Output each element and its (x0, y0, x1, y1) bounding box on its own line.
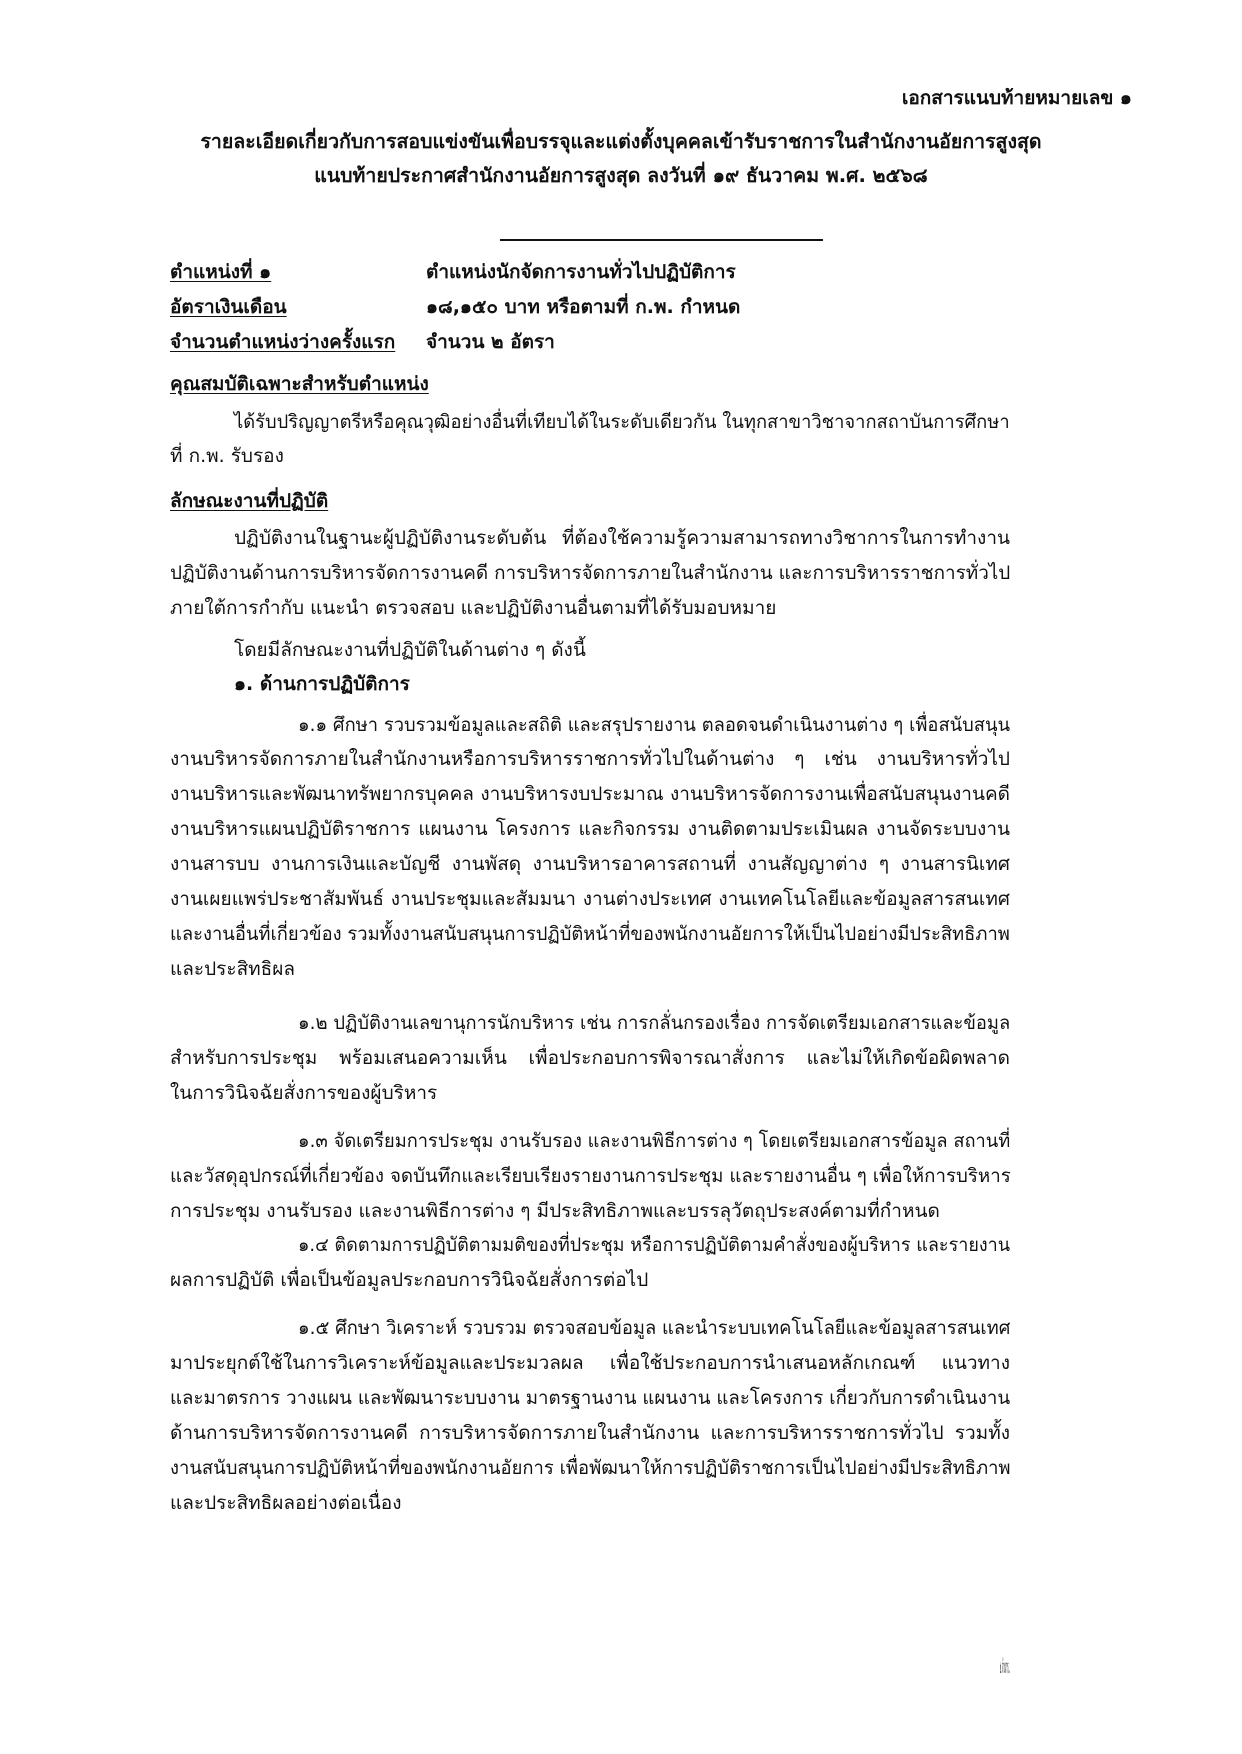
document-title-line1: รายละเอียดเกี่ยวกับการสอบแข่งขันเพื่อบรร… (0, 128, 1242, 156)
item-1-4-line-2: ผลการปฏิบัติ เพื่อเป็นข้อมูลประกอบการวิน… (170, 1266, 648, 1294)
item-1-5-line-2: มาประยุกต์ใช้ในการวิเคราะห์ข้อมูลและประม… (170, 1349, 1010, 1377)
item-1-3-line-2: และวัสดุอุปกรณ์ที่เกี่ยวข้อง จดบันทึกและ… (170, 1162, 997, 1190)
item-1-3-line-3: การประชุม งานรับรอง และงานพิธีการต่าง ๆ … (170, 1197, 940, 1225)
item-1-5-line-6: และประสิทธิผลอย่างต่อเนื่อง (170, 1489, 401, 1517)
salary-value: ๑๘,๑๕๐ บาท หรือตามที่ ก.พ. กำหนด (426, 293, 740, 321)
document-title-line2: แนบท้ายประกาศสำนักงานอัยการสูงสุด ลงวันท… (0, 162, 1242, 190)
qualifications-heading: คุณสมบัติเฉพาะสำหรับตำแหน่ง (170, 370, 429, 398)
position-label: ตำแหน่งที่ ๑ (170, 258, 271, 286)
item-1-5-line-1: ๑.๕ ศึกษา วิเคราะห์ รวบรวม ตรวจสอบข้อมูล… (298, 1314, 985, 1342)
section-1-title: ๑. ด้านการปฏิบัติการ (234, 670, 410, 698)
qualifications-line-1: ได้รับปริญญาตรีหรือคุณวุฒิอย่างอื่นที่เท… (234, 408, 983, 436)
item-1-5-line-4: ด้านการบริหารจัดการงานคดี การบริหารจัดกา… (170, 1419, 1010, 1447)
job-nature-intro-line-3: ภายใต้การกำกับ แนะนำ ตรวจสอบ และปฏิบัติง… (170, 594, 776, 622)
item-1-1-line-2: งานบริหารจัดการภายในสำนักงานหรือการบริหา… (170, 745, 1010, 773)
item-1-2-line-3: ในการวินิจฉัยสั่งการของผู้บริหาร (170, 1079, 437, 1107)
item-1-1-line-5: งานสารบบ งานการเงินและบัญชี งานพัสดุ งาน… (170, 850, 1010, 878)
vacancies-label: จำนวนตำแหน่งว่างครั้งแรก (170, 328, 395, 356)
item-1-2-line-2: สำหรับการประชุม พร้อมเสนอความเห็น เพื่อป… (170, 1044, 1010, 1072)
item-1-5-line-5: งานสนับสนุนการปฏิบัติหน้าที่ของพนักงานอั… (170, 1454, 984, 1482)
vacancies-value: จำนวน ๒ อัตรา (426, 328, 555, 356)
job-nature-heading: ลักษณะงานที่ปฏิบัติ (170, 487, 328, 515)
qualifications-line-2: ที่ ก.พ. รับรอง (170, 442, 284, 470)
item-1-1-line-8: และประสิทธิผล (170, 955, 295, 983)
title-separator (500, 239, 823, 241)
item-1-1-line-6: งานเผยแพร่ประชาสัมพันธ์ งานประชุมและสัมม… (170, 885, 1010, 913)
item-1-5-line-3: และมาตรการ วางแผน และพัฒนาระบบงาน มาตรฐา… (170, 1384, 995, 1412)
attachment-number: เอกสารแนบท้ายหมายเลข ๑ (902, 84, 1132, 112)
position-value: ตำแหน่งนักจัดการงานทั่วไปปฏิบัติการ (426, 258, 736, 286)
item-1-1-line-7: และงานอื่นที่เกี่ยวข้อง รวมทั้งงานสนับสน… (170, 920, 982, 948)
item-1-1-line-4: งานบริหารแผนปฏิบัติราชการ แผนงาน โครงการ… (170, 815, 1010, 843)
item-1-1-line-1: ๑.๑ ศึกษา รวบรวมข้อมูลและสถิติ และสรุปรา… (298, 711, 985, 739)
job-nature-intro-line-1: ปฏิบัติงานในฐานะผู้ปฏิบัติงานระดับต้น ที… (234, 524, 1010, 552)
item-1-1-line-3: งานบริหารและพัฒนาทรัพยากรบุคคล งานบริหาร… (170, 780, 1010, 808)
item-1-3-line-1: ๑.๓ จัดเตรียมการประชุม งานรับรอง และงานพ… (298, 1127, 982, 1155)
continuation-note: ๒. ด้านการ... (1000, 1653, 1010, 1681)
salary-label: อัตราเงินเดือน (170, 293, 287, 321)
job-nature-intro-line-2: ปฏิบัติงานด้านการบริหารจัดการงานคดี การบ… (170, 559, 1005, 587)
document-page: เอกสารแนบท้ายหมายเลข ๑ รายละเอียดเกี่ยวก… (0, 0, 1242, 1754)
areas-intro: โดยมีลักษณะงานที่ปฏิบัติในด้านต่าง ๆ ดัง… (234, 636, 586, 664)
item-1-2-line-1: ๑.๒ ปฏิบัติงานเลขานุการนักบริหาร เช่น กา… (298, 1009, 985, 1037)
item-1-4-line-1: ๑.๔ ติดตามการปฏิบัติตามมติของที่ประชุม ห… (298, 1231, 972, 1259)
